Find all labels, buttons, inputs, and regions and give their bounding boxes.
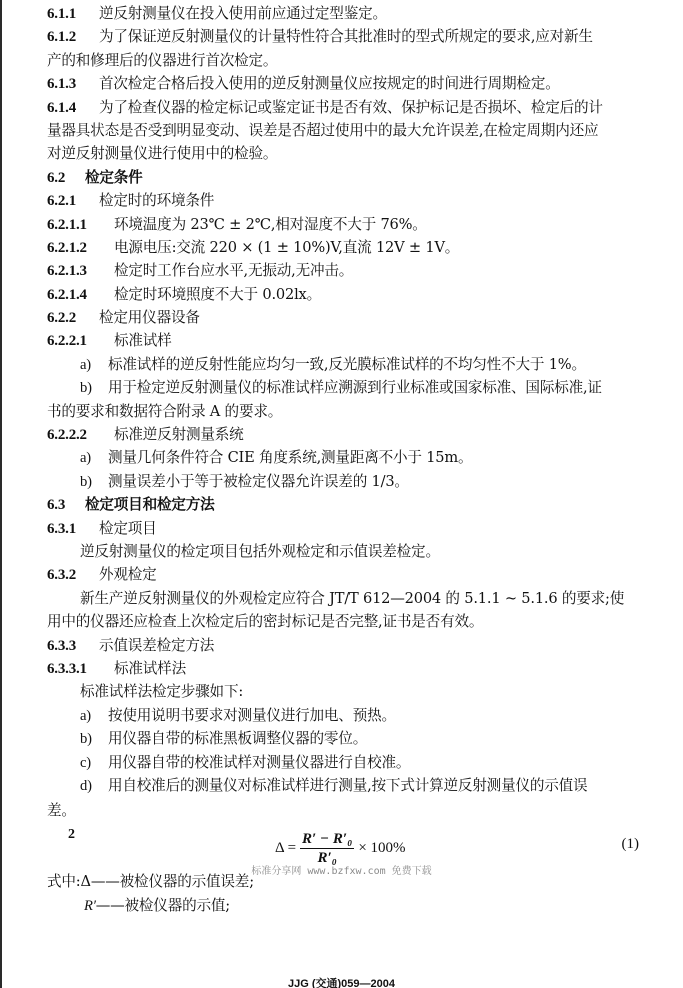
clause-number: 6.2.2.2 xyxy=(47,424,114,447)
step-d: d)用自校准后的测量仪对标准试样进行测量,按下式计算逆反射测量仪的示值误 xyxy=(47,774,637,797)
clause-6-3-3: 6.3.3示值误差检定方法 xyxy=(47,634,637,657)
clause-title: 示值误差检定方法 xyxy=(99,637,214,654)
clause-title: 外观检定 xyxy=(99,566,157,583)
document-page: 6.1.1逆反射测量仪在投入使用前应通过定型鉴定。 6.1.2为了保证逆反射测量… xyxy=(47,2,637,917)
clause-text: 电源电压:交流 220 × (1 ± 10%)V,直流 12V ± 1V。 xyxy=(114,239,459,256)
symbol-r-prime: R′ xyxy=(84,898,96,914)
clause-6-1-1: 6.1.1逆反射测量仪在投入使用前应通过定型鉴定。 xyxy=(47,2,637,25)
clause-6-3-1: 6.3.1检定项目 xyxy=(47,517,637,540)
clause-number: 6.2.2.1 xyxy=(47,330,114,353)
clause-text: 逆反射测量仪在投入使用前应通过定型鉴定。 xyxy=(99,5,387,22)
dash: —— xyxy=(96,897,125,914)
item-label: b) xyxy=(80,728,108,751)
clause-title: 检定用仪器设备 xyxy=(99,309,200,326)
section-number: 6.3 xyxy=(47,494,85,517)
formula-lhs: Δ = xyxy=(275,840,296,857)
item-text: 用仪器自带的标准黑板调整仪器的零位。 xyxy=(108,730,367,747)
item-label: a) xyxy=(80,447,108,470)
section-number: 6.2 xyxy=(47,167,85,190)
watermark: 标准分享网 www.bzfxw.com 免费下载 xyxy=(0,862,683,877)
clause-6-1-4-cont2: 对逆反射测量仪进行使用中的检验。 xyxy=(47,142,637,165)
clause-6-3-3-1-intro: 标准试样法检定步骤如下: xyxy=(47,680,637,703)
item-text: 按使用说明书要求对测量仪进行加电、预热。 xyxy=(108,707,396,724)
step-d-cont: 差。 xyxy=(47,797,637,824)
clause-6-1-4: 6.1.4为了检查仪器的检定标记或鉴定证书是否有效、保护标记是否损坏、检定后的计 xyxy=(47,96,637,119)
item-label: c) xyxy=(80,752,108,775)
clause-6-1-3: 6.1.3首次检定合格后投入使用的逆反射测量仪应按规定的时间进行周期检定。 xyxy=(47,72,637,95)
clause-6-3-1-body: 逆反射测量仪的检定项目包括外观检定和示值误差检定。 xyxy=(47,540,637,563)
clause-6-1-2: 6.1.2为了保证逆反射测量仪的计量特性符合其批准时的型式所规定的要求,应对新生 xyxy=(47,25,637,48)
clause-number: 6.3.1 xyxy=(47,518,99,541)
item-label: a) xyxy=(80,354,108,377)
clause-text: 环境温度为 23℃ ± 2℃,相对湿度不大于 76%。 xyxy=(114,216,427,233)
clause-number: 6.2.1 xyxy=(47,190,99,213)
clause-6-2-2: 6.2.2检定用仪器设备 xyxy=(47,306,637,329)
item-text: 测量几何条件符合 CIE 角度系统,测量距离不小于 15m。 xyxy=(108,449,472,466)
clause-text: 为了检查仪器的检定标记或鉴定证书是否有效、保护标记是否损坏、检定后的计 xyxy=(99,99,603,116)
equation-number: (1) xyxy=(622,836,640,853)
clause-number: 6.3.3.1 xyxy=(47,658,114,681)
item-text: 用自校准后的测量仪对标准试样进行测量,按下式计算逆反射测量仪的示值误 xyxy=(108,777,587,794)
clause-6-3-2: 6.3.2外观检定 xyxy=(47,563,637,586)
item-label: a) xyxy=(80,705,108,728)
step-b: b)用仪器自带的标准黑板调整仪器的零位。 xyxy=(47,727,637,750)
clause-number: 6.2.1.3 xyxy=(47,260,114,283)
section-title: 检定条件 xyxy=(85,169,143,186)
item-label: b) xyxy=(80,377,108,400)
item-text: 用于检定逆反射测量仪的标准试样应溯源到行业标准或国家标准、国际标准,证 xyxy=(108,379,602,396)
item-text: 标准试样的逆反射性能应均匀一致,反光膜标准试样的不均匀性不大于 1%。 xyxy=(108,356,586,373)
clause-6-2-1: 6.2.1检定时的环境条件 xyxy=(47,189,637,212)
item-label: d) xyxy=(80,775,108,798)
clause-6-2-2-2-b: b)测量误差小于等于被检定仪器允许误差的 1/3。 xyxy=(47,470,637,493)
clause-number: 6.1.2 xyxy=(47,26,99,49)
document-footer: JJG (交通)059—2004 xyxy=(0,975,683,988)
formula-tail: × 100% xyxy=(358,840,405,857)
clause-6-2-1-4: 6.2.1.4检定时环境照度不大于 0.02lx。 xyxy=(47,283,637,306)
clause-number: 6.3.2 xyxy=(47,564,99,587)
section-6-2-heading: 6.2检定条件 xyxy=(47,166,637,189)
section-title: 检定项目和检定方法 xyxy=(85,496,215,513)
clause-6-3-2-body-cont: 用中的仪器还应检查上次检定后的密封标记是否完整,证书是否有效。 xyxy=(47,610,637,633)
clause-6-2-1-3: 6.2.1.3检定时工作台应水平,无振动,无冲击。 xyxy=(47,259,637,282)
formula-numerator: R′ − R′₀ xyxy=(300,830,354,849)
where-text: 被检仪器的示值; xyxy=(125,897,230,914)
clause-6-2-2-1: 6.2.2.1标准试样 xyxy=(47,329,637,352)
clause-6-2-2-2: 6.2.2.2标准逆反射测量系统 xyxy=(47,423,637,446)
clause-number: 6.2.2 xyxy=(47,307,99,330)
clause-title: 检定项目 xyxy=(99,520,157,537)
clause-6-2-1-2: 6.2.1.2电源电压:交流 220 × (1 ± 10%)V,直流 12V ±… xyxy=(47,236,637,259)
item-label: b) xyxy=(80,471,108,494)
clause-6-3-2-body: 新生产逆反射测量仪的外观检定应符合 JT/T 612—2004 的 5.1.1 … xyxy=(47,587,637,610)
page-left-border xyxy=(0,0,2,988)
clause-number: 6.1.1 xyxy=(47,3,99,26)
clause-text: 检定时工作台应水平,无振动,无冲击。 xyxy=(114,262,353,279)
item-text: 用仪器自带的校准试样对测量仪器进行自校准。 xyxy=(108,754,410,771)
clause-6-2-1-1: 6.2.1.1环境温度为 23℃ ± 2℃,相对湿度不大于 76%。 xyxy=(47,213,637,236)
clause-number: 6.2.1.2 xyxy=(47,237,114,260)
clause-number: 6.3.3 xyxy=(47,635,99,658)
clause-6-1-4-cont1: 量器具状态是否受到明显变动、误差是否超过使用中的最大允许误差,在检定周期内还应 xyxy=(47,119,637,142)
clause-6-2-2-1-b: b)用于检定逆反射测量仪的标准试样应溯源到行业标准或国家标准、国际标准,证 xyxy=(47,376,637,399)
page-number: 2 xyxy=(68,827,75,843)
step-a: a)按使用说明书要求对测量仪进行加电、预热。 xyxy=(47,704,637,727)
clause-6-2-2-1-b-cont: 书的要求和数据符合附录 A 的要求。 xyxy=(47,400,637,423)
clause-title: 标准试样 xyxy=(114,332,172,349)
item-text: 测量误差小于等于被检定仪器允许误差的 1/3。 xyxy=(108,473,409,490)
clause-text: 首次检定合格后投入使用的逆反射测量仪应按规定的时间进行周期检定。 xyxy=(99,75,560,92)
clause-6-2-2-2-a: a)测量几何条件符合 CIE 角度系统,测量距离不小于 15m。 xyxy=(47,446,637,469)
clause-text: 为了保证逆反射测量仪的计量特性符合其批准时的型式所规定的要求,应对新生 xyxy=(99,28,593,45)
clause-6-3-3-1: 6.3.3.1标准试样法 xyxy=(47,657,637,680)
clause-title: 检定时的环境条件 xyxy=(99,192,214,209)
clause-number: 6.2.1.1 xyxy=(47,214,114,237)
clause-number: 6.2.1.4 xyxy=(47,284,114,307)
where-line-2: R′——被检仪器的示值; xyxy=(47,894,637,917)
clause-text: 检定时环境照度不大于 0.02lx。 xyxy=(114,286,321,303)
step-c: c)用仪器自带的校准试样对测量仪器进行自校准。 xyxy=(47,751,637,774)
clause-6-2-2-1-a: a)标准试样的逆反射性能应均匀一致,反光膜标准试样的不均匀性不大于 1%。 xyxy=(47,353,637,376)
clause-6-1-2-cont: 产的和修理后的仪器进行首次检定。 xyxy=(47,49,637,72)
clause-number: 6.1.3 xyxy=(47,73,99,96)
section-6-3-heading: 6.3检定项目和检定方法 xyxy=(47,493,637,516)
clause-title: 标准试样法 xyxy=(114,660,186,677)
clause-title: 标准逆反射测量系统 xyxy=(114,426,244,443)
clause-number: 6.1.4 xyxy=(47,97,99,120)
